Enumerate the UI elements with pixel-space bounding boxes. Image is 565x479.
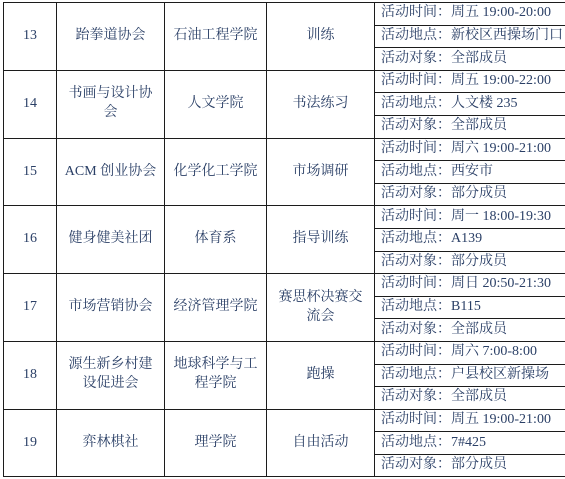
activity-target-label: 活动对象： [381,322,451,337]
activity-time-label: 活动时间： [381,412,451,427]
activity-time-cell: 活动时间：周六 19:00-21:00 [375,138,565,161]
table-row: 18源生新乡村建设促进会地球科学与工程学院跑操活动时间：周六 7:00-8:00 [4,341,565,364]
activity-place-label: 活动地点： [381,96,451,111]
activity-place-label: 活动地点： [381,299,451,314]
activity-place-label: 活动地点： [381,435,451,450]
activity-time-label: 活动时间： [381,344,451,359]
activity-target-value: 部分成员 [451,186,507,201]
activity-target-label: 活动对象： [381,254,451,269]
activity-time-value: 周五 19:00-20:00 [451,5,551,20]
activity-place-label: 活动地点： [381,367,451,382]
college-name: 地球科学与工程学院 [165,341,267,409]
activity-place-cell: 活动地点：B115 [375,296,565,319]
activity-time-label: 活动时间： [381,73,451,88]
document-page: 13跆拳道协会石油工程学院训练活动时间：周五 19:00-20:00活动地点：新… [0,0,565,479]
activity-target-cell: 活动对象：部分成员 [375,454,565,477]
activity-place-value: 人文楼 235 [451,96,518,111]
activity-time-label: 活动时间： [381,276,451,291]
row-number: 15 [4,138,57,206]
activity-target-cell: 活动对象：部分成员 [375,251,565,274]
activity-time-value: 周六 19:00-21:00 [451,141,551,156]
activity-target-label: 活动对象： [381,186,451,201]
activity-time-value: 周日 20:50-21:30 [451,276,551,291]
activity-time-value: 周一 18:00-19:30 [451,209,551,224]
table-row: 13跆拳道协会石油工程学院训练活动时间：周五 19:00-20:00 [4,3,565,26]
activity-target-cell: 活动对象：部分成员 [375,183,565,206]
table-row: 14书画与设计协会人文学院书法练习活动时间：周五 19:00-22:00 [4,70,565,93]
activity-target-value: 全部成员 [451,51,507,66]
row-number: 19 [4,409,57,477]
college-name: 石油工程学院 [165,3,267,71]
activity-target-label: 活动对象： [381,389,451,404]
activity-time-cell: 活动时间：周五 19:00-20:00 [375,3,565,26]
association-name: 健身健美社团 [57,206,165,274]
association-name: 源生新乡村建设促进会 [57,341,165,409]
activity-time-cell: 活动时间：周一 18:00-19:30 [375,206,565,229]
activity-type: 跑操 [267,341,375,409]
row-number: 18 [4,341,57,409]
activity-place-value: 户县校区新操场 [451,367,549,382]
activity-type: 书法练习 [267,70,375,138]
activity-target-value: 全部成员 [451,389,507,404]
row-number: 16 [4,206,57,274]
activity-target-label: 活动对象： [381,457,451,472]
activity-place-value: 7#425 [451,435,486,450]
activity-place-cell: 活动地点：7#425 [375,432,565,455]
activity-place-label: 活动地点： [381,231,451,246]
activity-target-cell: 活动对象：全部成员 [375,319,565,342]
association-name: 书画与设计协会 [57,70,165,138]
college-name: 体育系 [165,206,267,274]
activity-time-cell: 活动时间：周日 20:50-21:30 [375,274,565,297]
activity-time-cell: 活动时间：周五 19:00-21:00 [375,409,565,432]
activity-target-label: 活动对象： [381,51,451,66]
activity-place-cell: 活动地点：人文楼 235 [375,93,565,116]
activity-place-label: 活动地点： [381,164,451,179]
activity-type: 训练 [267,3,375,71]
activity-time-label: 活动时间： [381,5,451,20]
activity-place-cell: 活动地点：户县校区新操场 [375,364,565,387]
activity-time-cell: 活动时间：周五 19:00-22:00 [375,70,565,93]
activity-target-cell: 活动对象：全部成员 [375,48,565,71]
college-name: 理学院 [165,409,267,477]
activity-target-label: 活动对象： [381,118,451,133]
activity-place-cell: 活动地点：新校区西操场门口 [375,25,565,48]
row-number: 13 [4,3,57,71]
activity-place-value: 新校区西操场门口 [451,28,563,43]
association-name: 弈林棋社 [57,409,165,477]
activity-type: 赛思杯决赛交流会 [267,274,375,342]
activity-time-label: 活动时间： [381,141,451,156]
activity-place-value: 西安市 [451,164,493,179]
table-row: 16健身健美社团体育系指导训练活动时间：周一 18:00-19:30 [4,206,565,229]
activity-type: 自由活动 [267,409,375,477]
activity-type: 指导训练 [267,206,375,274]
row-number: 14 [4,70,57,138]
activity-time-value: 周五 19:00-21:00 [451,412,551,427]
table-row: 17市场营销协会经济管理学院赛思杯决赛交流会活动时间：周日 20:50-21:3… [4,274,565,297]
activity-schedule-table: 13跆拳道协会石油工程学院训练活动时间：周五 19:00-20:00活动地点：新… [3,2,565,477]
table-body: 13跆拳道协会石油工程学院训练活动时间：周五 19:00-20:00活动地点：新… [4,3,565,477]
college-name: 化学化工学院 [165,138,267,206]
activity-place-cell: 活动地点：西安市 [375,161,565,184]
table-row: 15ACM 创业协会化学化工学院市场调研活动时间：周六 19:00-21:00 [4,138,565,161]
college-name: 人文学院 [165,70,267,138]
activity-type: 市场调研 [267,138,375,206]
activity-target-cell: 活动对象：全部成员 [375,387,565,410]
activity-target-value: 部分成员 [451,254,507,269]
activity-place-label: 活动地点： [381,28,451,43]
activity-time-cell: 活动时间：周六 7:00-8:00 [375,341,565,364]
activity-place-cell: 活动地点：A139 [375,228,565,251]
activity-target-value: 部分成员 [451,457,507,472]
association-name: 市场营销协会 [57,274,165,342]
college-name: 经济管理学院 [165,274,267,342]
activity-target-cell: 活动对象：全部成员 [375,115,565,138]
activity-target-value: 全部成员 [451,118,507,133]
activity-time-value: 周五 19:00-22:00 [451,73,551,88]
row-number: 17 [4,274,57,342]
activity-target-value: 全部成员 [451,322,507,337]
table-row: 19弈林棋社理学院自由活动活动时间：周五 19:00-21:00 [4,409,565,432]
activity-place-value: A139 [451,231,482,246]
association-name: ACM 创业协会 [57,138,165,206]
association-name: 跆拳道协会 [57,3,165,71]
activity-place-value: B115 [451,299,481,314]
activity-time-label: 活动时间： [381,209,451,224]
activity-time-value: 周六 7:00-8:00 [451,344,537,359]
